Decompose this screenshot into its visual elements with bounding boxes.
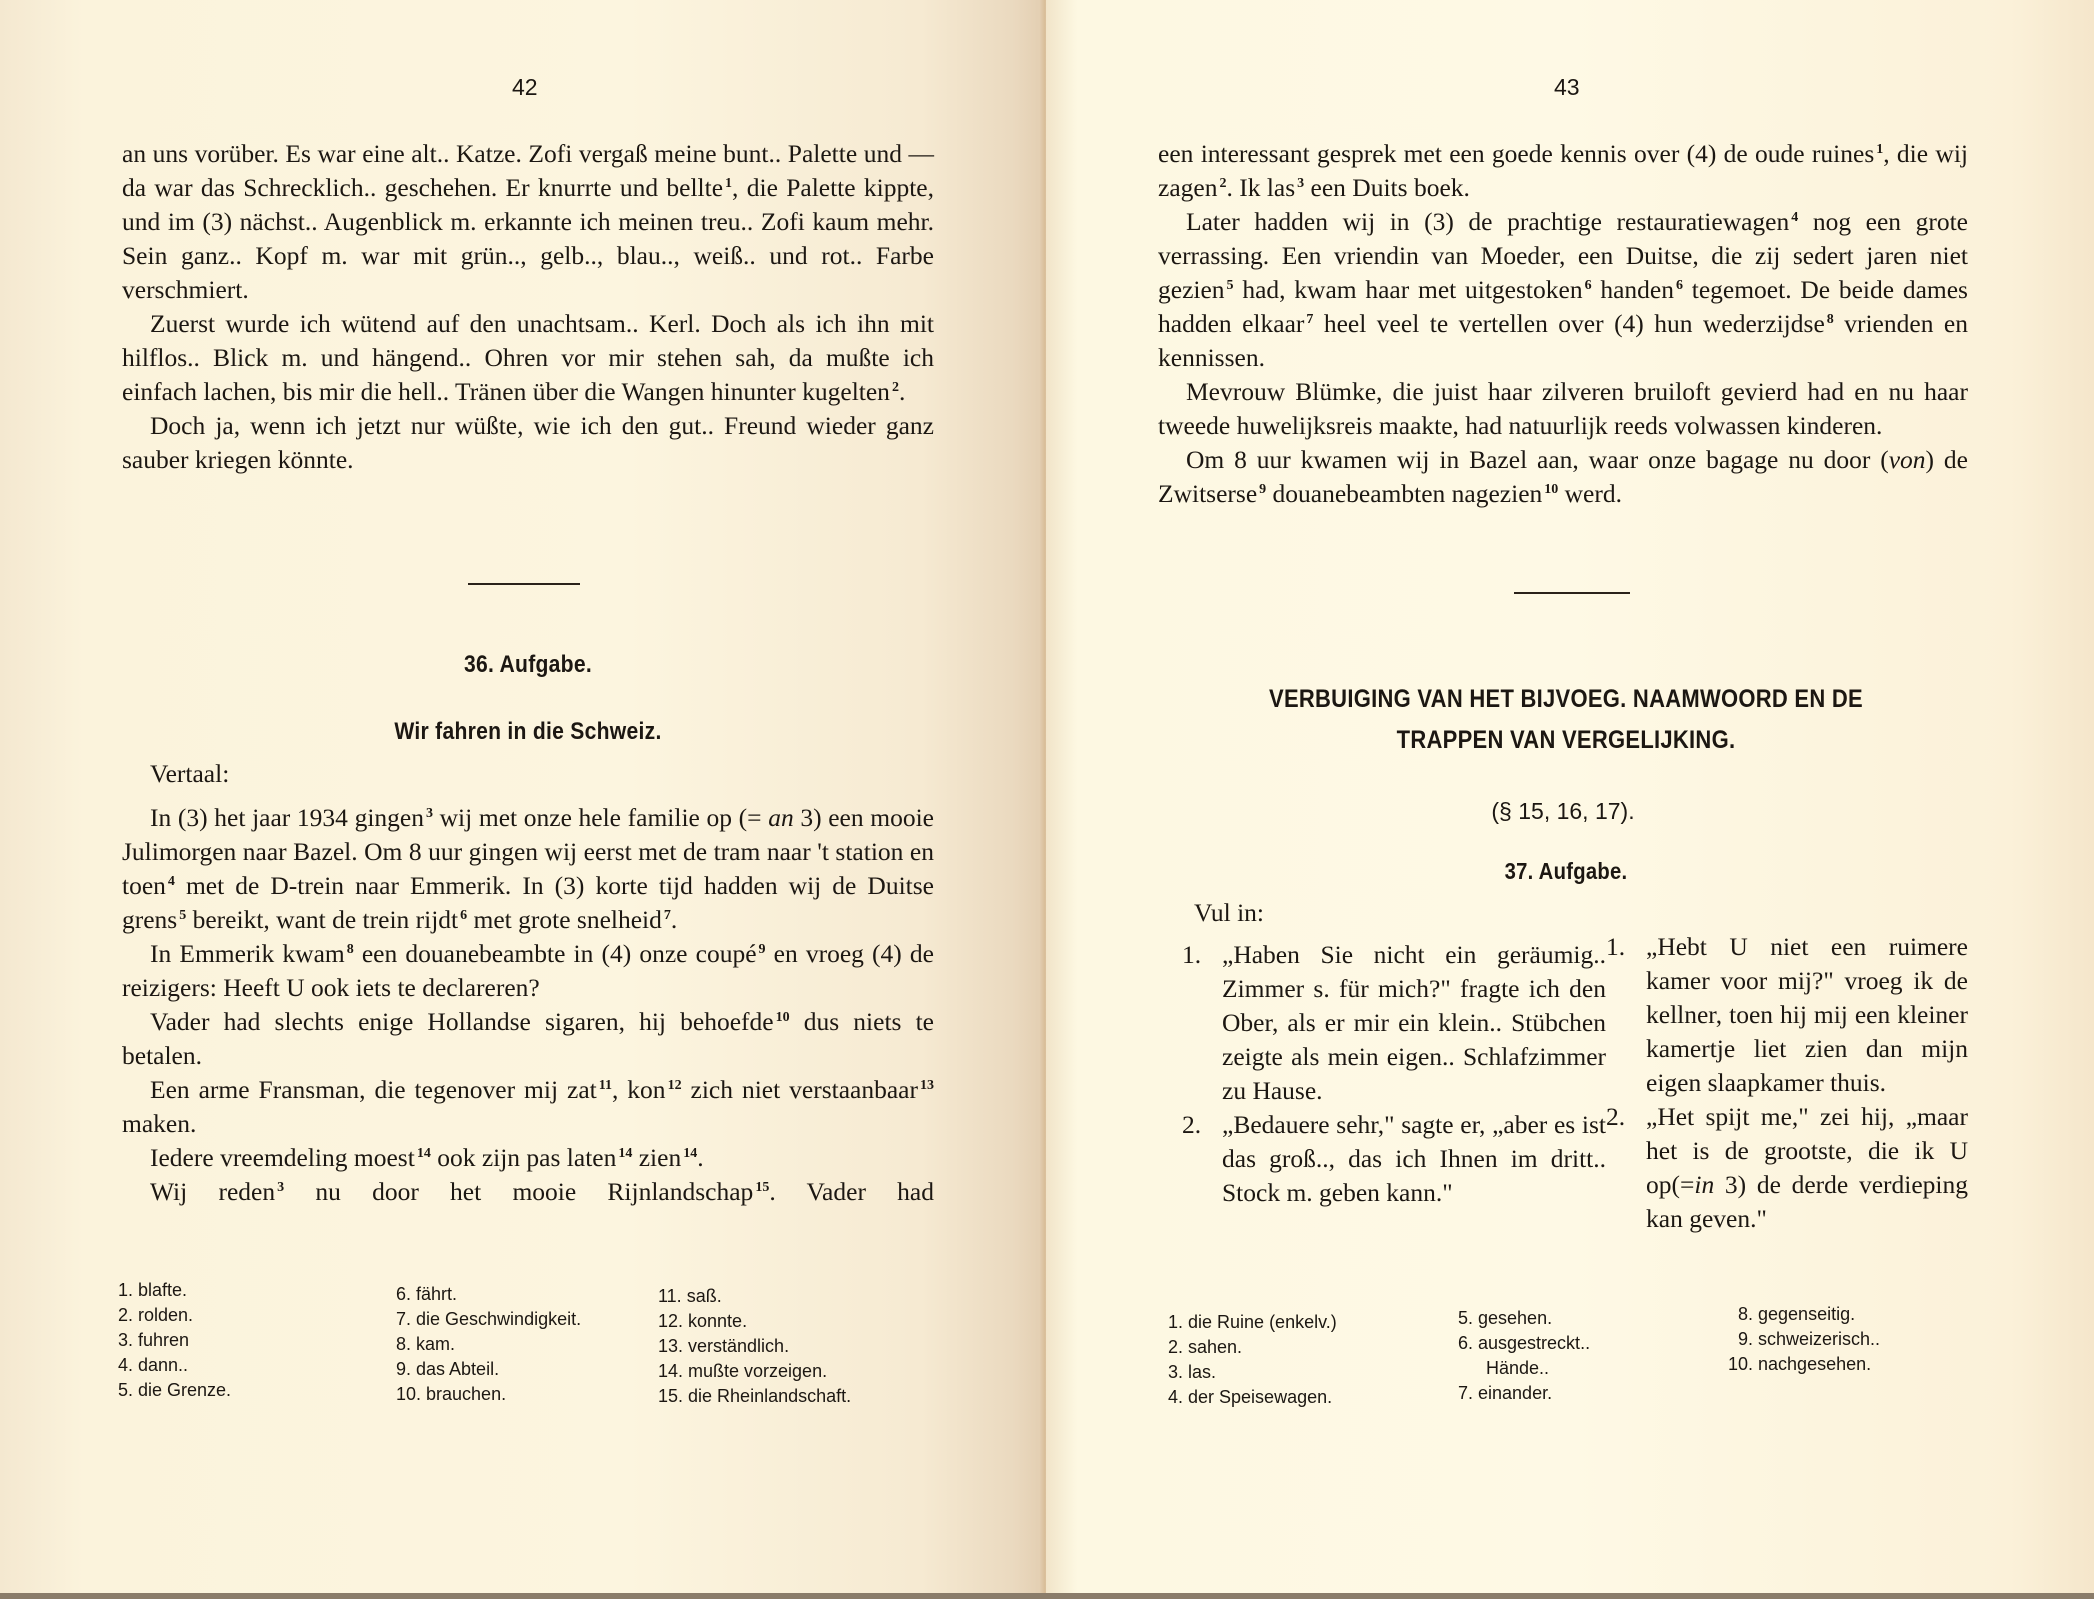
paragraph: Doch ja, wenn ich jetzt nur wüßte, wie i… <box>122 409 934 477</box>
footnote-column: 1. die Ruine (enkelv.) 2. sahen. 3. las.… <box>1168 1310 1337 1410</box>
footnote: 14. mußte vorzeigen. <box>658 1359 851 1384</box>
footnote: 8. gegenseitig. <box>1728 1302 1880 1327</box>
exercise-item: 1. „Haben Sie nicht ein geräumig.. Zimme… <box>1182 938 1606 1108</box>
page-number: 43 <box>1554 74 1580 101</box>
footnote-column: 8. gegenseitig. 9. schweizerisch.. 10. n… <box>1728 1302 1880 1377</box>
footnote-ref: 10 <box>776 1010 790 1025</box>
footnote-column: 11. saß. 12. konnte. 13. verständlich. 1… <box>658 1284 851 1409</box>
footnote: 1. die Ruine (enkelv.) <box>1168 1310 1337 1335</box>
book-spread: 42 an uns vorüber. Es war eine alt.. Kat… <box>0 0 2094 1599</box>
footnote-column: 5. gesehen. 6. ausgestreckt.. Hände.. 7.… <box>1458 1306 1590 1406</box>
footnote: Hände.. <box>1458 1356 1590 1381</box>
paragraph: an uns vorüber. Es war eine alt.. Katze.… <box>122 137 934 307</box>
footnote: 7. einander. <box>1458 1381 1590 1406</box>
footnote-ref: 13 <box>920 1078 934 1093</box>
paragraph: Later hadden wij in (3) de prachtige res… <box>1158 205 1968 375</box>
exercise-item: 2. „Bedauere sehr," sagte er, „aber es i… <box>1182 1108 1606 1210</box>
paragraph: Mevrouw Blümke, die juist haar zilveren … <box>1158 375 1968 443</box>
exercise-subtitle: Wir fahren in die Schweiz. <box>171 718 886 746</box>
section-title-line-1: VERBUIGING VAN HET BIJVOEG. NAAMWOORD EN… <box>1161 685 1971 714</box>
paragraph-references: (§ 15, 16, 17). <box>1158 794 1968 828</box>
paragraph: Vader had slechts enige Hollandse sigare… <box>122 1005 934 1073</box>
footnote: 11. saß. <box>658 1284 851 1309</box>
footnote: 6. fährt. <box>396 1282 581 1307</box>
footnote-ref: 3 <box>426 806 433 821</box>
right-page: 43 een interessant gesprek met een goede… <box>1046 0 2094 1599</box>
footnote: 9. schweizerisch.. <box>1728 1327 1880 1352</box>
page-number: 42 <box>512 74 538 101</box>
paragraph: een interessant gesprek met een goede ke… <box>1158 137 1968 205</box>
footnotes: 1. blafte. 2. rolden. 3. fuhren 4. dann.… <box>118 1278 938 1408</box>
footnote: 3. las. <box>1168 1360 1337 1385</box>
exercise-german-column: 1. „Haben Sie nicht ein geräumig.. Zimme… <box>1182 938 1606 1210</box>
paragraph: Om 8 uur kwamen wij in Bazel aan, waar o… <box>1158 443 1968 511</box>
exercise-instruction: Vul in: <box>1194 896 1494 930</box>
paragraph: In Emmerik kwam8 een douanebeambte in (4… <box>122 937 934 1005</box>
footnote-ref: 7 <box>664 908 671 923</box>
footnote-ref: 15 <box>755 1180 769 1195</box>
footnote-column: 6. fährt. 7. die Geschwindigkeit. 8. kam… <box>396 1282 581 1407</box>
paragraph: In (3) het jaar 1934 gingen3 wij met onz… <box>122 801 934 937</box>
footnote-ref: 14 <box>683 1146 697 1161</box>
footnote: 3. fuhren <box>118 1328 231 1353</box>
footnote-ref: 8 <box>347 942 354 957</box>
footnote: 9. das Abteil. <box>396 1357 581 1382</box>
footnote-ref: 6 <box>1585 278 1592 293</box>
exercise-title: 36. Aufgabe. <box>171 651 886 679</box>
footnote: 12. konnte. <box>658 1309 851 1334</box>
paragraph: Iedere vreemdeling moest14 ook zijn pas … <box>122 1141 934 1175</box>
footnote: 5. gesehen. <box>1458 1306 1590 1331</box>
footnote: 4. der Speisewagen. <box>1168 1385 1337 1410</box>
footnote: 8. kam. <box>396 1332 581 1357</box>
exercise-body: Vertaal: In (3) het jaar 1934 gingen3 wi… <box>122 757 934 1209</box>
exercise-dutch-column: 1. „Hebt U niet een ruimere kamer voor m… <box>1606 930 1968 1236</box>
exercise-item: 2. „Het spijt me," zei hij, „maar het is… <box>1606 1100 1968 1236</box>
footnote-ref: 5 <box>1227 278 1234 293</box>
paragraph: Zuerst wurde ich wütend auf den unachtsa… <box>122 307 934 409</box>
footnote-ref: 14 <box>618 1146 632 1161</box>
continued-text: een interessant gesprek met een goede ke… <box>1158 137 1968 511</box>
footnote-ref: 1 <box>725 176 732 191</box>
footnote: 4. dann.. <box>118 1353 231 1378</box>
footnote: 6. ausgestreckt.. <box>1458 1331 1590 1356</box>
footnote-ref: 14 <box>417 1146 431 1161</box>
section-divider <box>1514 592 1630 594</box>
footnote-ref: 11 <box>599 1078 612 1093</box>
footnote: 2. sahen. <box>1168 1335 1337 1360</box>
exercise-item: 1. „Hebt U niet een ruimere kamer voor m… <box>1606 930 1968 1100</box>
paragraph: Een arme Fransman, die tegenover mij zat… <box>122 1073 934 1141</box>
footnote-ref: 9 <box>759 942 766 957</box>
footnote-ref: 6 <box>1676 278 1683 293</box>
footnote-ref: 2 <box>892 380 899 395</box>
footnote-ref: 12 <box>668 1078 682 1093</box>
paragraph: Wij reden3 nu door het mooie Rijnlandsch… <box>122 1175 934 1209</box>
footnote: 7. die Geschwindigkeit. <box>396 1307 581 1332</box>
footnote: 2. rolden. <box>118 1303 231 1328</box>
footnote: 5. die Grenze. <box>118 1378 231 1403</box>
footnote-ref: 4 <box>168 874 175 889</box>
left-page: 42 an uns vorüber. Es war eine alt.. Kat… <box>0 0 1046 1599</box>
footnote: 1. blafte. <box>118 1278 231 1303</box>
instruction: Vertaal: <box>122 757 934 791</box>
footnote-column: 1. blafte. 2. rolden. 3. fuhren 4. dann.… <box>118 1278 231 1403</box>
book-bottom-edge <box>0 1593 2094 1599</box>
section-title-line-2: TRAPPEN VAN VERGELIJKING. <box>1161 726 1971 755</box>
footnote: 10. brauchen. <box>396 1382 581 1407</box>
footnote: 10. nachgesehen. <box>1728 1352 1880 1377</box>
exercise-title: 37. Aufgabe. <box>1161 858 1971 885</box>
footnote-ref: 10 <box>1544 482 1558 497</box>
footnote: 15. die Rheinlandschaft. <box>658 1384 851 1409</box>
footnote-ref: 8 <box>1827 312 1834 327</box>
section-divider <box>468 583 580 585</box>
continued-text: an uns vorüber. Es war eine alt.. Katze.… <box>122 137 934 477</box>
footnote: 13. verständlich. <box>658 1334 851 1359</box>
footnotes: 1. die Ruine (enkelv.) 2. sahen. 3. las.… <box>1168 1306 1988 1416</box>
